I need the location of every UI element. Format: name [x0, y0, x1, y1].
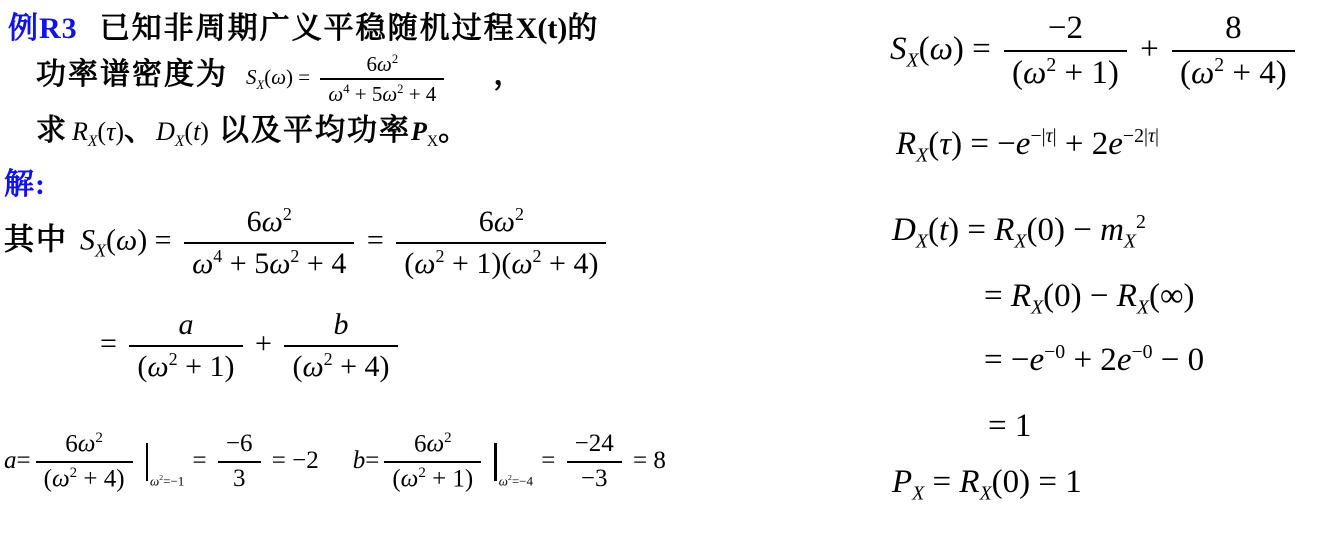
subscript: X: [916, 145, 928, 167]
roman-text: (: [292, 350, 302, 383]
italic-text: ω: [78, 430, 96, 457]
roman-text: = −: [984, 342, 1029, 378]
numerator: 6ω2: [384, 430, 481, 463]
subscript: X: [1031, 297, 1043, 319]
fraction: 6ω2(ω2 + 1)(ω2 + 4): [396, 204, 606, 281]
roman-text: (: [44, 465, 52, 492]
dx-step-3: = −e−0 + 2e−0 − 0: [984, 340, 1204, 381]
roman-text: (: [928, 126, 939, 162]
roman-text: = −2: [266, 447, 319, 474]
denominator: (ω2 + 4): [36, 463, 133, 494]
numerator: 6ω2: [320, 52, 444, 80]
roman-text: (: [97, 117, 106, 146]
italic-text: ω: [116, 223, 137, 256]
italic-text: ω: [271, 65, 286, 89]
roman-text: + 1)(: [444, 247, 511, 280]
superscript: 2: [70, 465, 78, 481]
roman-text: =: [359, 223, 391, 256]
denominator: −3: [567, 463, 622, 494]
roman-text: + 4): [333, 350, 390, 383]
roman-text: ) =: [953, 31, 999, 67]
roman-text: −24: [575, 430, 614, 457]
superscript: 2: [1214, 54, 1224, 76]
roman-text: −2|: [1123, 125, 1148, 147]
roman-text: + 4: [299, 247, 346, 280]
roman-text: + 5: [350, 82, 383, 106]
numerator: b: [284, 308, 397, 347]
italic-text: ω: [302, 350, 323, 383]
italic-text: t: [939, 212, 948, 248]
problem-line-3-question: 求RX(τ)、DX(t)以及平均功率PX。: [36, 112, 470, 152]
roman-text: = 1: [988, 408, 1031, 444]
bold-text: X(t): [516, 12, 568, 45]
italic-text: ω: [494, 205, 515, 238]
italic-text: R: [1117, 278, 1137, 314]
chinese-text: 的: [567, 12, 599, 45]
bold-italic-text: P: [411, 117, 427, 146]
numerator: −6: [218, 430, 261, 463]
coefficients-a-b: a=6ω2(ω2 + 4)ω2=−1 = −63 = −2b=6ω2(ω2 + …: [4, 430, 666, 494]
roman-text: ) =: [137, 223, 179, 256]
italic-text: τ: [1148, 125, 1155, 147]
italic-text: ω: [401, 465, 419, 492]
roman-text: =: [17, 447, 31, 474]
spacer: [449, 83, 493, 84]
roman-text: (: [919, 31, 930, 67]
lecture-slide: 例R3已知非周期广义平稳随机过程X(t)的 功率谱密度为SX(ω) = 6ω2ω…: [0, 0, 1338, 539]
italic-text: τ: [939, 126, 951, 162]
italic-text: a: [178, 308, 193, 341]
sx-partial-result: SX(ω) = −2(ω2 + 1) + 8(ω2 + 4): [890, 10, 1300, 93]
roman-text: |: [1155, 125, 1159, 147]
fraction: −63: [218, 430, 261, 494]
roman-text: =: [365, 447, 379, 474]
roman-text: (0) −: [1043, 278, 1117, 314]
italic-text: e: [1108, 126, 1123, 162]
roman-text: 6: [414, 430, 427, 457]
denominator: (ω2 + 4): [284, 347, 397, 385]
subscript: X: [1124, 231, 1136, 253]
roman-text: 6: [367, 52, 378, 76]
subscript: X: [980, 483, 992, 505]
roman-text: + 4): [542, 247, 599, 280]
fraction: b(ω2 + 4): [284, 308, 397, 384]
italic-text: ω: [382, 82, 397, 106]
spacer: [228, 83, 246, 84]
subscript: X: [175, 133, 185, 150]
spacer: [319, 467, 353, 468]
denominator: (ω2 + 1): [384, 463, 481, 494]
denominator: 3: [218, 463, 261, 494]
evaluated-at-bar: ω2=−1: [146, 443, 185, 481]
italic-text: e: [1016, 126, 1031, 162]
roman-text: =: [984, 278, 1011, 314]
roman-text: −6: [226, 430, 253, 457]
partial-fraction-form: = a(ω2 + 1) + b(ω2 + 4): [100, 308, 403, 384]
roman-text: 8: [1225, 10, 1242, 46]
spacer: [78, 37, 100, 38]
italic-text: P: [892, 464, 912, 500]
roman-text: ) =: [948, 212, 994, 248]
roman-text: (∞): [1149, 278, 1195, 314]
fraction: −2(ω2 + 1): [1004, 10, 1127, 93]
problem-line-2-psd: 功率谱密度为SX(ω) = 6ω2ω4 + 5ω2 + 4，: [36, 52, 525, 106]
italic-text: a: [4, 447, 17, 474]
dx-step-4: = 1: [988, 406, 1031, 447]
superscript: −|τ|: [1030, 125, 1056, 147]
subscript: X: [427, 133, 438, 150]
roman-text: −|: [1030, 125, 1045, 147]
superscript: 2: [392, 52, 398, 66]
italic-text: ω: [930, 31, 953, 67]
fraction: 6ω2(ω2 + 1): [384, 430, 481, 494]
italic-text: ω: [147, 350, 168, 383]
superscript: 2: [444, 430, 452, 446]
numerator: −24: [567, 430, 622, 463]
accent-label: 解:: [4, 168, 46, 201]
spacer: [209, 139, 219, 140]
chinese-text: 功率谱密度为: [36, 58, 228, 91]
roman-text: 6: [247, 205, 262, 238]
denominator: ω4 + 5ω2 + 4: [320, 80, 444, 106]
italic-text: R: [896, 126, 916, 162]
roman-text: + 4): [1224, 55, 1287, 91]
chinese-text: 其中: [4, 223, 68, 256]
italic-text: τ: [106, 117, 115, 146]
subscript: X: [95, 240, 106, 260]
italic-text: R: [72, 117, 88, 146]
superscript: 2: [324, 349, 333, 369]
roman-text: + 2: [1057, 126, 1109, 162]
roman-text: (: [928, 212, 939, 248]
italic-text: m: [1100, 212, 1124, 248]
evaluated-at-bar: ω2=−4: [494, 443, 533, 481]
italic-text: ω: [1191, 55, 1214, 91]
chinese-text: ，: [493, 58, 525, 91]
superscript: −0: [1131, 341, 1152, 363]
chinese-text: 以及平均功率: [219, 114, 411, 147]
italic-text: R: [994, 212, 1014, 248]
roman-text: (: [184, 117, 193, 146]
italic-text: ω: [262, 205, 283, 238]
roman-text: −2: [1048, 10, 1083, 46]
subscript: X: [916, 231, 928, 253]
italic-text: ω: [1023, 55, 1046, 91]
italic-text: ω: [414, 247, 435, 280]
numerator: −2: [1004, 10, 1127, 52]
roman-text: + 5: [222, 247, 269, 280]
chinese-text: 。: [438, 114, 470, 147]
roman-text: + 4: [403, 82, 436, 106]
roman-text: (: [392, 465, 400, 492]
vertical-bar: [146, 443, 149, 481]
italic-text: D: [156, 117, 175, 146]
superscript: 2: [95, 430, 103, 446]
roman-text: =: [535, 447, 562, 474]
roman-text: + 1): [178, 350, 235, 383]
denominator: (ω2 + 4): [1172, 52, 1295, 93]
roman-text: (: [106, 223, 116, 256]
subscript: X: [1014, 231, 1026, 253]
superscript: 2: [533, 246, 542, 266]
solution-label: 解:: [4, 166, 46, 204]
superscript: 2: [169, 349, 178, 369]
roman-text: =: [186, 447, 213, 474]
roman-text: = 8: [627, 447, 666, 474]
fraction: a(ω2 + 1): [129, 308, 242, 384]
italic-text: ω: [150, 473, 159, 488]
roman-text: + 4): [77, 465, 124, 492]
italic-text: ω: [192, 247, 213, 280]
subscript: X: [907, 50, 919, 72]
numerator: 6ω2: [184, 204, 354, 244]
roman-text: + 1): [426, 465, 473, 492]
superscript: −0: [1044, 341, 1065, 363]
italic-text: ω: [269, 247, 290, 280]
italic-text: b: [353, 447, 366, 474]
roman-text: 6: [65, 430, 78, 457]
roman-text: 3: [233, 465, 246, 492]
roman-text: (: [1180, 55, 1191, 91]
fraction: 6ω2(ω2 + 4): [36, 430, 133, 494]
numerator: 8: [1172, 10, 1295, 52]
italic-text: ω: [377, 52, 392, 76]
subscript: X: [1137, 297, 1149, 319]
numerator: 6ω2: [36, 430, 133, 463]
roman-text: −3: [581, 465, 608, 492]
denominator: (ω2 + 1)(ω2 + 4): [396, 244, 606, 282]
numerator: 6ω2: [396, 204, 606, 244]
fraction: 6ω2ω4 + 5ω2 + 4: [184, 204, 354, 281]
dx-step-2: = RX(0) − RX(∞): [984, 276, 1195, 320]
roman-text: ) = −: [951, 126, 1016, 162]
vertical-bar: [494, 443, 497, 481]
roman-text: 6: [479, 205, 494, 238]
roman-text: +: [1132, 31, 1167, 67]
roman-text: =: [100, 327, 124, 360]
superscript: 4: [213, 246, 222, 266]
chinese-text: 求: [36, 114, 68, 147]
superscript: 2: [283, 204, 292, 224]
evaluation-condition: ω2=−1: [150, 474, 184, 487]
roman-text: + 2: [1065, 342, 1117, 378]
roman-text: =−4: [512, 473, 533, 488]
superscript: 2: [1136, 211, 1146, 233]
italic-text: ω: [511, 247, 532, 280]
numerator: a: [129, 308, 242, 347]
subscript: X: [912, 483, 924, 505]
denominator: (ω2 + 1): [129, 347, 242, 385]
roman-text: ): [200, 117, 209, 146]
italic-text: ω: [52, 465, 70, 492]
fraction: 8(ω2 + 4): [1172, 10, 1295, 93]
spacer: [68, 248, 80, 249]
chinese-text: 、: [124, 114, 156, 147]
italic-text: S: [80, 223, 95, 256]
roman-text: ): [115, 117, 124, 146]
italic-text: S: [890, 31, 907, 67]
superscript: 2: [1046, 54, 1056, 76]
italic-text: D: [892, 212, 916, 248]
italic-text: e: [1117, 342, 1132, 378]
superscript: −2|τ|: [1123, 125, 1159, 147]
accent-label: 例R3: [8, 12, 78, 45]
italic-text: τ: [1046, 125, 1053, 147]
roman-text: +: [248, 327, 280, 360]
roman-text: =: [924, 464, 959, 500]
subscript: X: [88, 133, 98, 150]
roman-text: + 1): [1056, 55, 1119, 91]
italic-text: ω: [328, 82, 343, 106]
italic-text: ω: [426, 430, 444, 457]
roman-text: (: [1012, 55, 1023, 91]
denominator: (ω2 + 1): [1004, 52, 1127, 93]
superscript: 2: [515, 204, 524, 224]
roman-text: (0) −: [1026, 212, 1100, 248]
chinese-text: 已知非周期广义平稳随机过程: [100, 12, 516, 45]
rx-result: RX(τ) = −e−|τ| + 2e−2|τ|: [896, 124, 1159, 168]
dx-step-1: DX(t) = RX(0) − mX2: [892, 210, 1146, 254]
roman-text: =−1: [163, 473, 184, 488]
italic-text: e: [1029, 342, 1044, 378]
evaluation-condition: ω2=−4: [499, 474, 533, 487]
italic-text: R: [959, 464, 979, 500]
fraction: −24−3: [567, 430, 622, 494]
superscript: 2: [418, 465, 426, 481]
italic-text: b: [334, 308, 349, 341]
sx-factored-equation: 其中SX(ω) = 6ω2ω4 + 5ω2 + 4 = 6ω2(ω2 + 1)(…: [4, 204, 611, 281]
denominator: ω4 + 5ω2 + 4: [184, 244, 354, 282]
roman-text: (0) = 1: [992, 464, 1082, 500]
italic-text: R: [1011, 278, 1031, 314]
roman-text: (: [137, 350, 147, 383]
italic-text: ω: [499, 473, 508, 488]
roman-text: ) =: [286, 65, 315, 89]
italic-text: S: [246, 65, 257, 89]
px-result: PX = RX(0) = 1: [892, 462, 1082, 506]
roman-text: − 0: [1153, 342, 1205, 378]
fraction: 6ω2ω4 + 5ω2 + 4: [320, 52, 444, 106]
problem-line-1: 例R3已知非周期广义平稳随机过程X(t)的: [8, 10, 599, 48]
roman-text: (: [404, 247, 414, 280]
